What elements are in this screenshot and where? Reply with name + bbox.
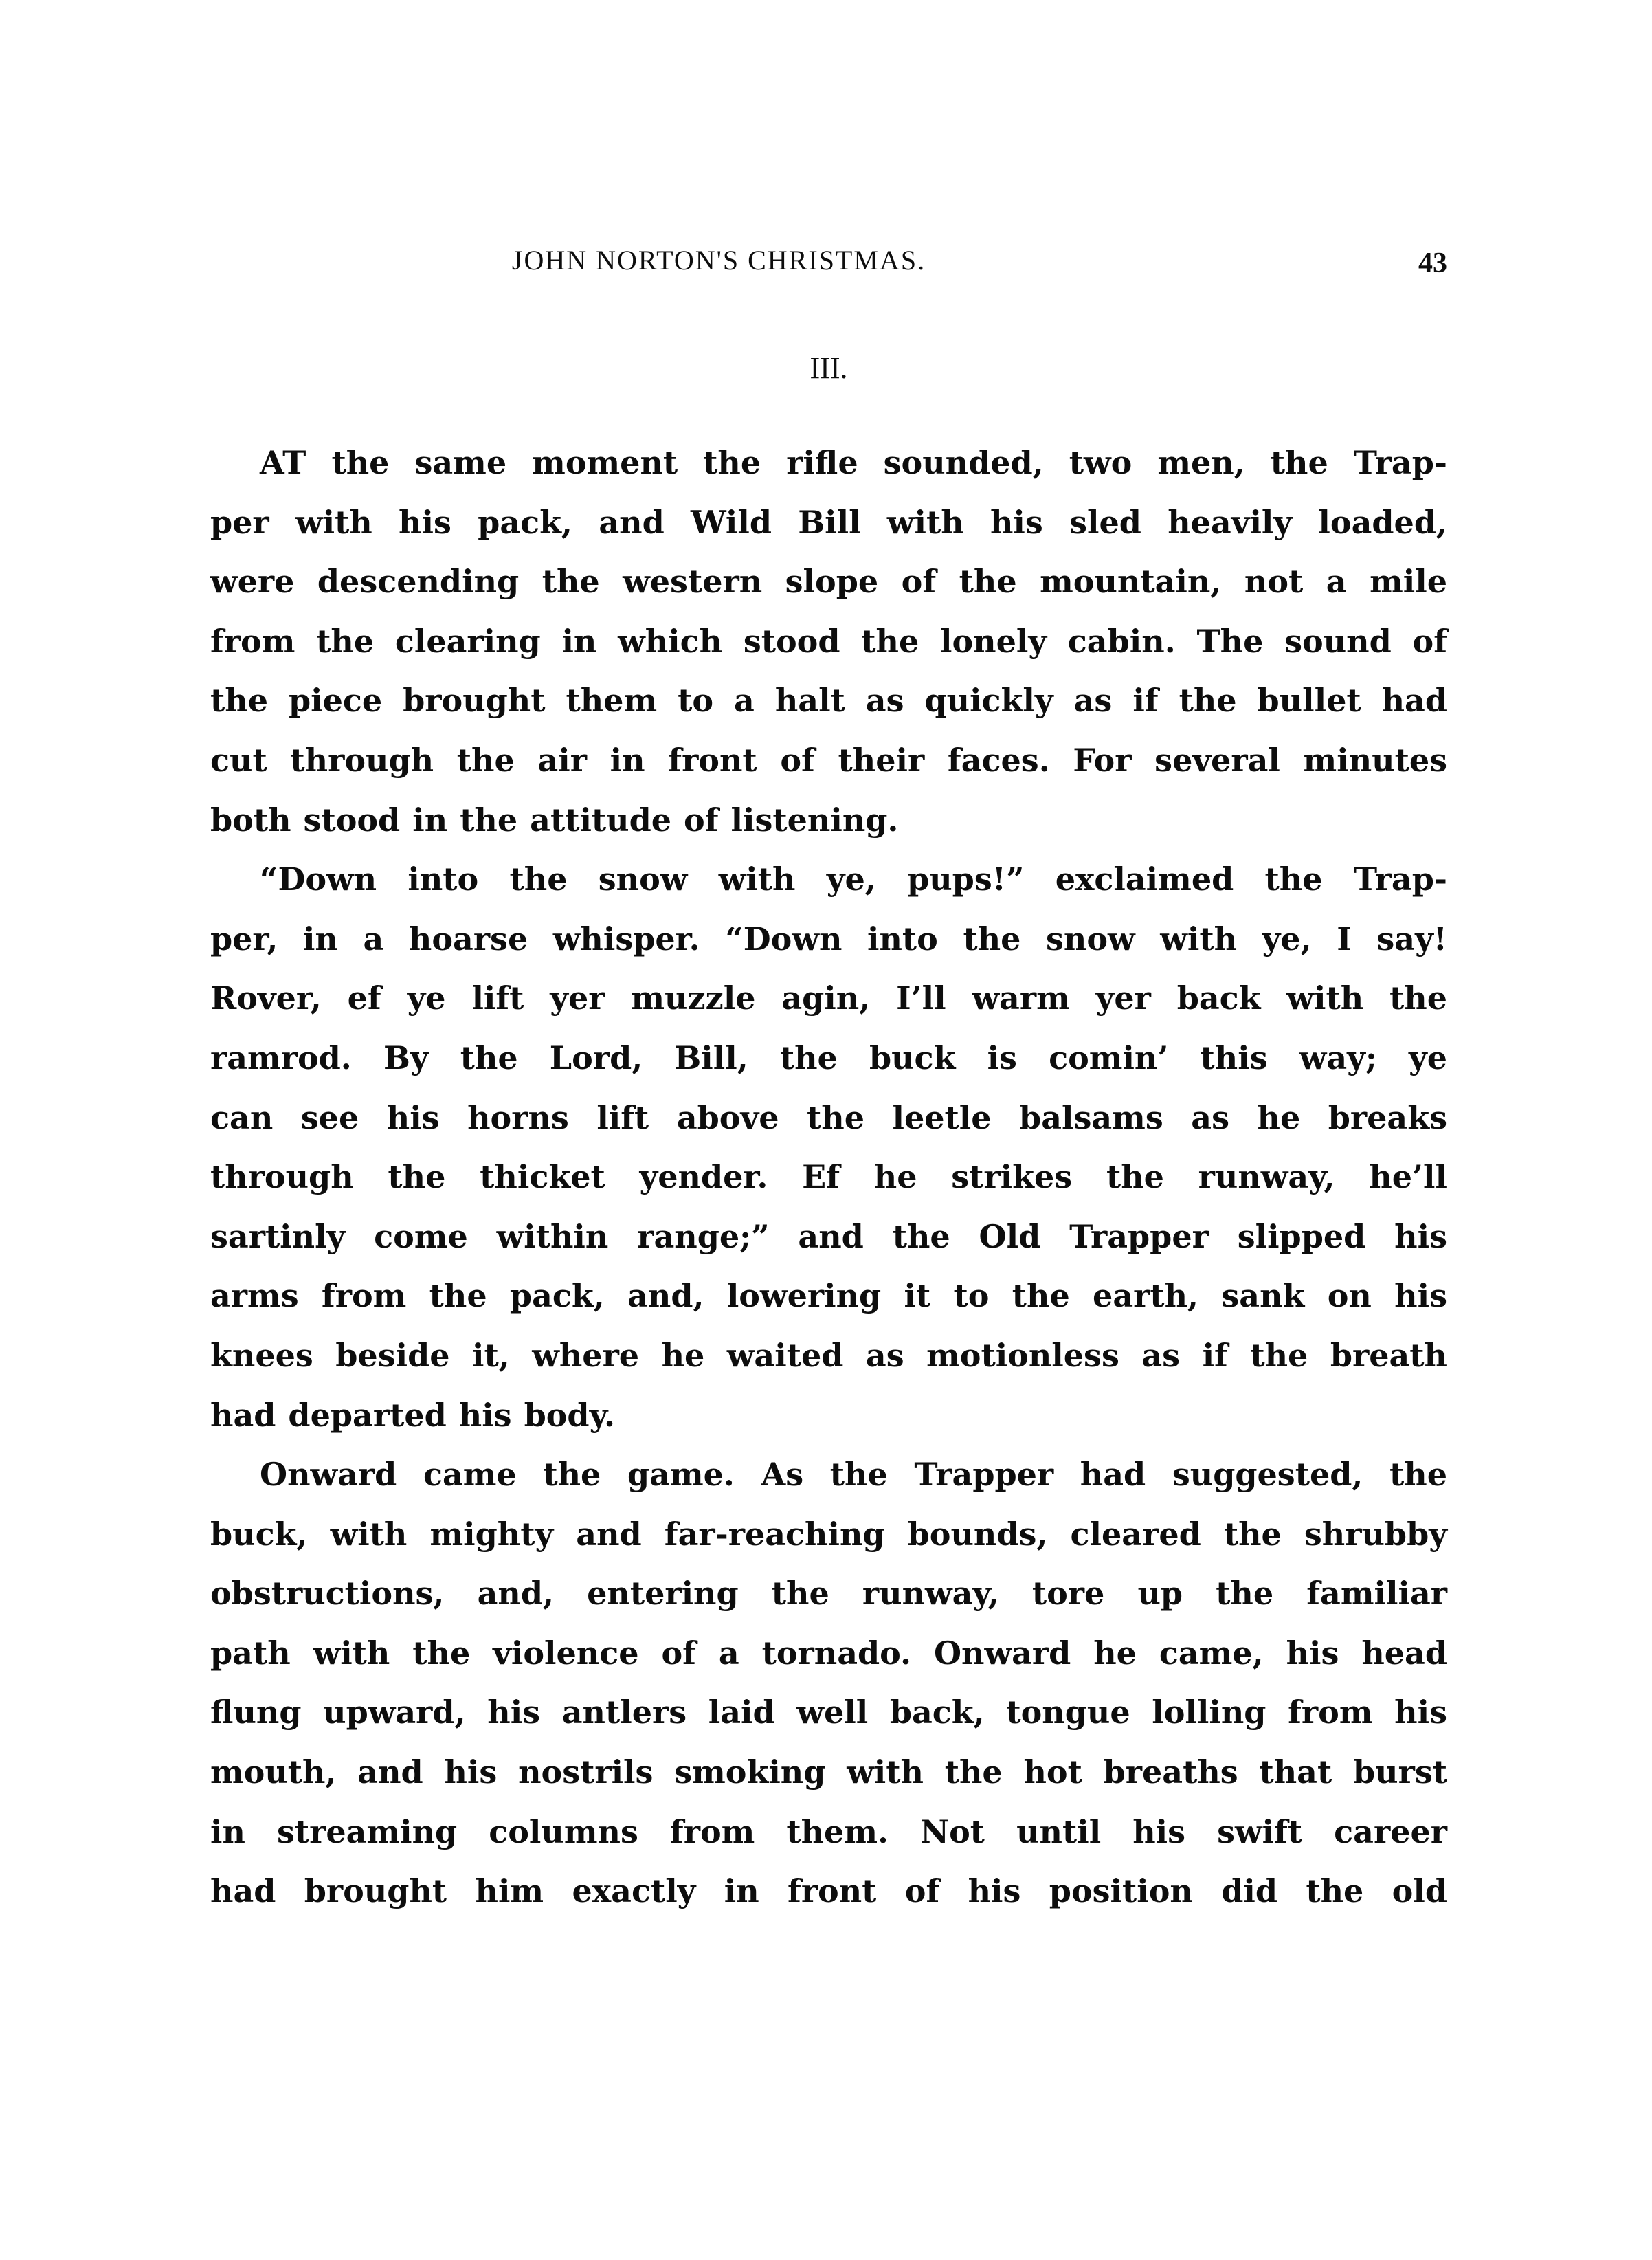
paragraph-1: AT the same moment the rifle sounded, tw… xyxy=(210,433,1447,850)
text-line: obstructions, and, entering the runway, … xyxy=(210,1564,1447,1624)
paragraph-2: “Down into the snow with ye, pups!” excl… xyxy=(210,850,1447,1445)
text-line: had departed his body. xyxy=(210,1386,1447,1445)
text-line: Onward came the game. As the Trapper had… xyxy=(210,1445,1447,1505)
text-line: per, in a hoarse whisper. “Down into the… xyxy=(210,909,1447,969)
text-line: were descending the western slope of the… xyxy=(210,552,1447,612)
text-line: per with his pack, and Wild Bill with hi… xyxy=(210,493,1447,553)
text-line: had brought him exactly in front of his … xyxy=(210,1861,1447,1921)
running-head: JOHN NORTON'S CHRISTMAS. 43 xyxy=(210,244,1447,285)
text-line: the piece brought them to a halt as quic… xyxy=(210,671,1447,731)
text-line: Rover, ef ye lift yer muzzle agin, I’ll … xyxy=(210,968,1447,1028)
text-line: cut through the air in front of their fa… xyxy=(210,731,1447,790)
text-line: sartinly come within range;” and the Old… xyxy=(210,1207,1447,1267)
text-line: flung upward, his antlers laid well back… xyxy=(210,1683,1447,1742)
text-line: knees beside it, where he waited as moti… xyxy=(210,1326,1447,1386)
body-text: AT the same moment the rifle sounded, tw… xyxy=(210,433,1447,1921)
text-line: “Down into the snow with ye, pups!” excl… xyxy=(210,850,1447,909)
text-line: both stood in the attitude of listening. xyxy=(210,790,1447,850)
paragraph-3: Onward came the game. As the Trapper had… xyxy=(210,1445,1447,1921)
chapter-heading: III. xyxy=(210,351,1447,386)
text-line: AT the same moment the rifle sounded, tw… xyxy=(210,433,1447,493)
text-line: from the clearing in which stood the lon… xyxy=(210,612,1447,672)
text-line: mouth, and his nostrils smoking with the… xyxy=(210,1742,1447,1802)
book-page: JOHN NORTON'S CHRISTMAS. 43 III. AT the … xyxy=(0,0,1652,2260)
text-line: buck, with mighty and far-reaching bound… xyxy=(210,1505,1447,1564)
text-line: in streaming columns from them. Not unti… xyxy=(210,1802,1447,1862)
text-line: ramrod. By the Lord, Bill, the buck is c… xyxy=(210,1028,1447,1088)
text-line: arms from the pack, and, lowering it to … xyxy=(210,1266,1447,1326)
text-line: through the thicket yender. Ef he strike… xyxy=(210,1147,1447,1207)
text-line: path with the violence of a tornado. Onw… xyxy=(210,1624,1447,1683)
text-line: can see his horns lift above the leetle … xyxy=(210,1088,1447,1148)
running-title: JOHN NORTON'S CHRISTMAS. xyxy=(210,244,1227,276)
page-number: 43 xyxy=(1418,247,1447,280)
